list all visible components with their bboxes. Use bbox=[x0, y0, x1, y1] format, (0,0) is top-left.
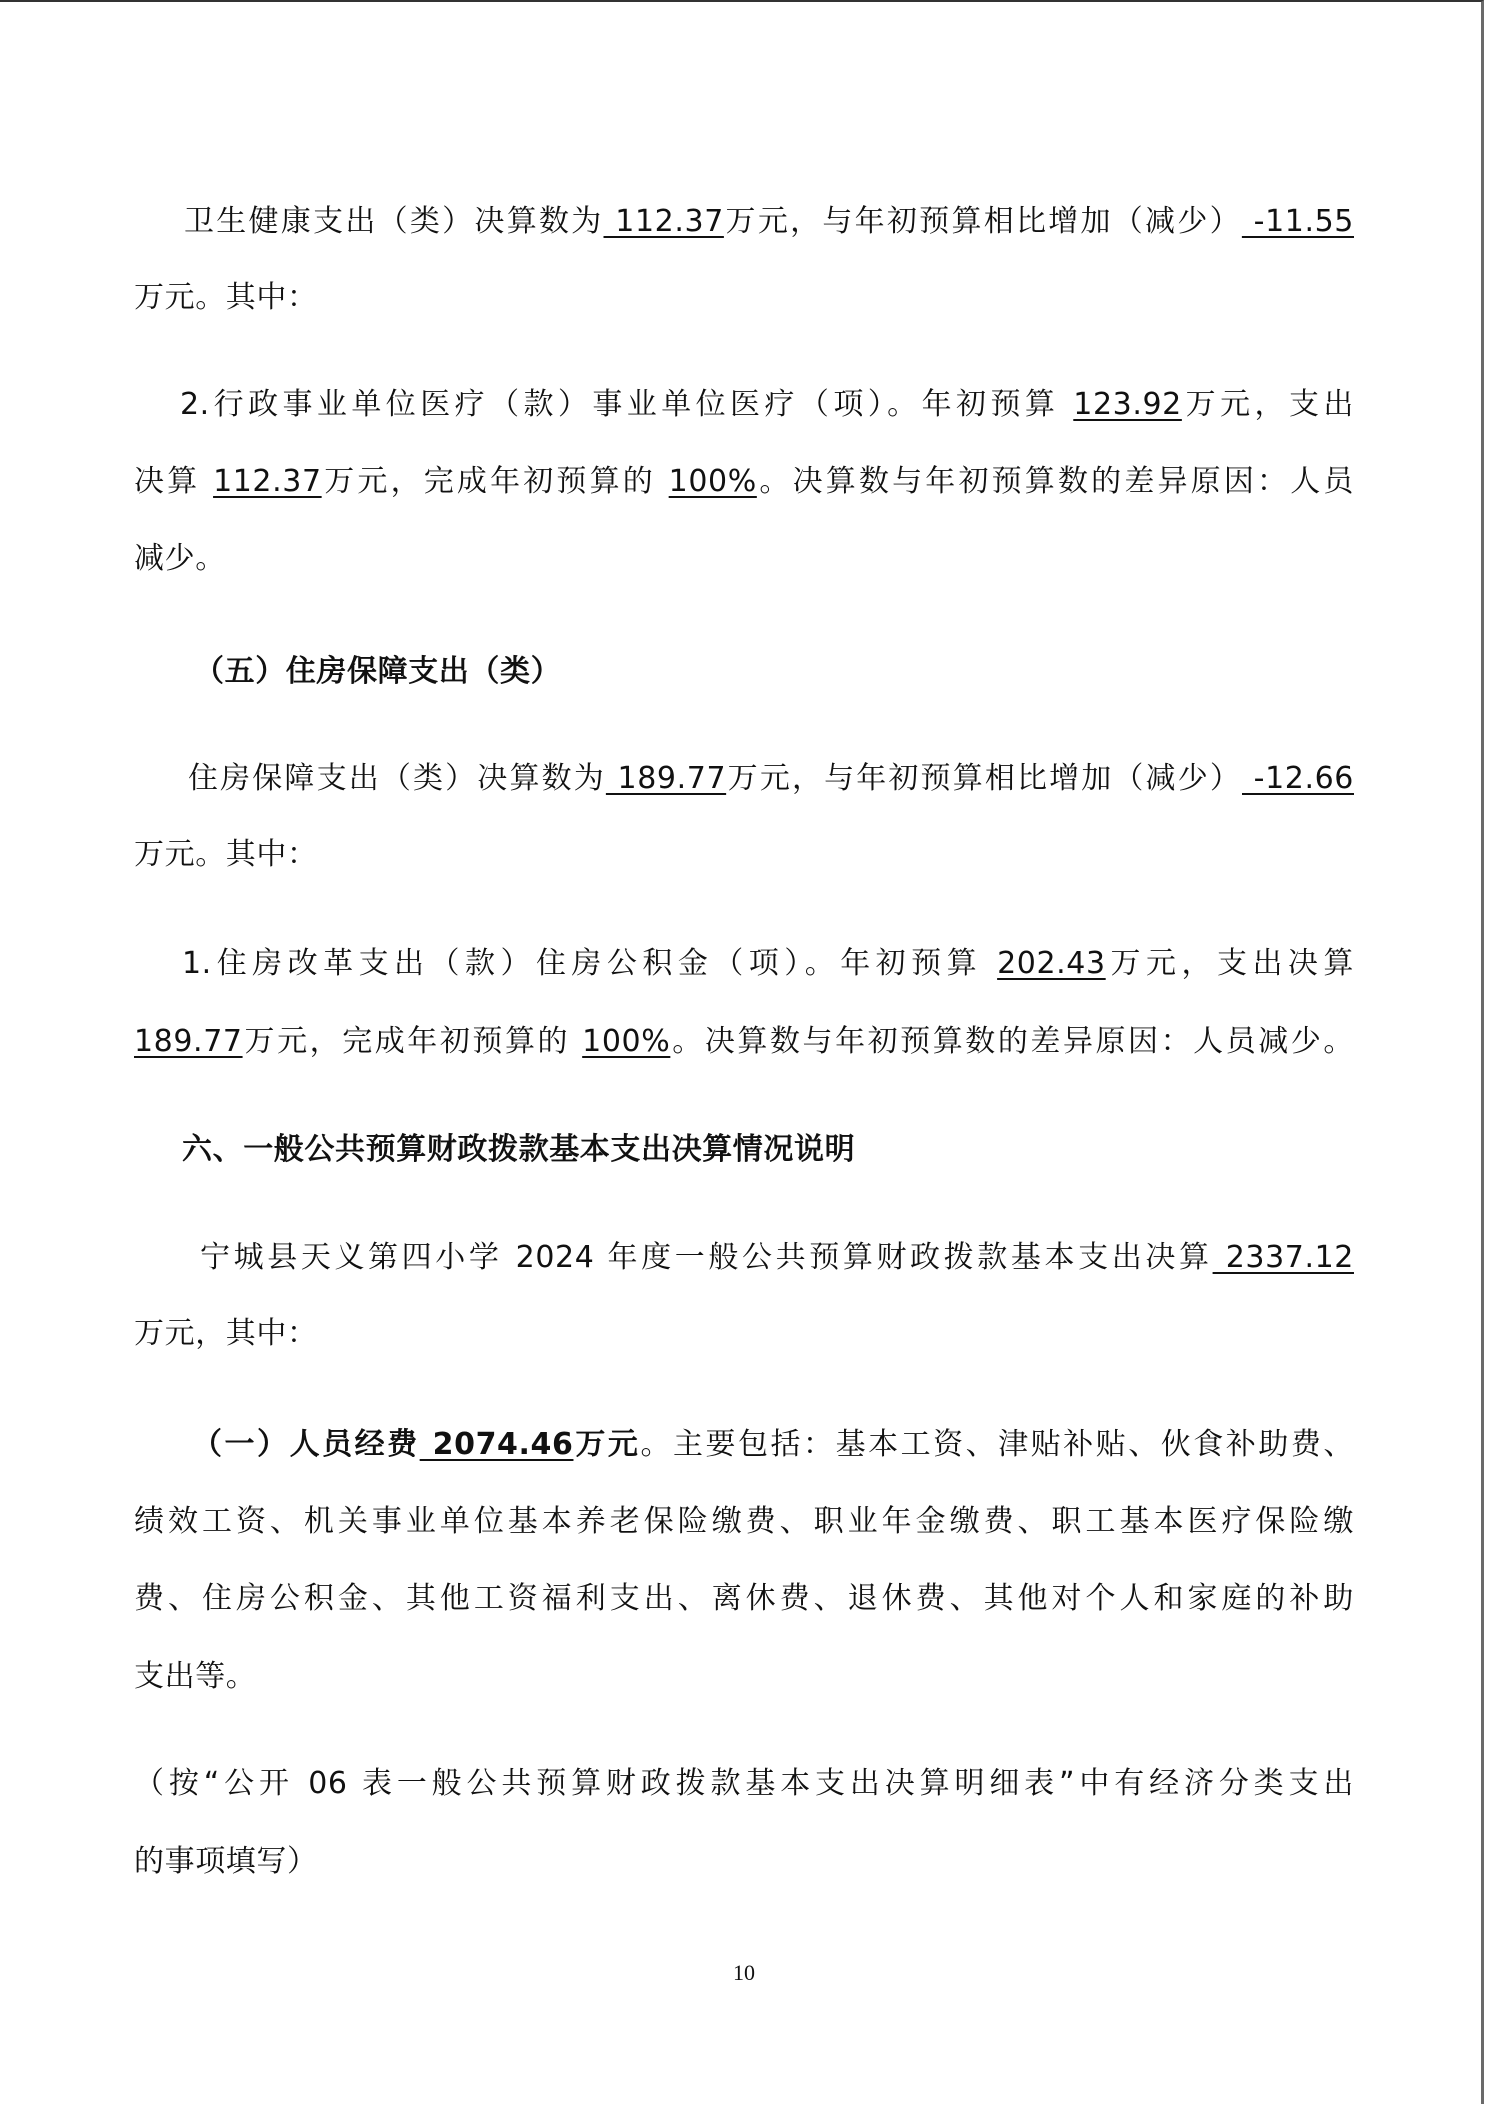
section-6-summary-line-1: 宁城县天义第四小学 2024 年度一般公共预算财政拨款基本支出决算 2337.1… bbox=[200, 1238, 1354, 1278]
text-segment: 费、住房公积金、其他工资福利支出、离休费、退休费、其他对个人和家庭的补助 bbox=[134, 1581, 1354, 1616]
health-final-amount: 112.37 bbox=[213, 464, 322, 499]
housing-completion-rate: 100% bbox=[582, 1024, 670, 1059]
housing-section-heading: （五）住房保障支出（类） bbox=[194, 652, 1414, 692]
personnel-expenses-line-4: 支出等。 bbox=[134, 1657, 1354, 1697]
housing-budget-amount: 202.43 bbox=[997, 946, 1106, 981]
text-segment: 万元 bbox=[573, 1427, 640, 1462]
text-segment: 万元。其中： bbox=[134, 280, 318, 315]
text-segment: 万元，与年初预算相比增加（减少） bbox=[726, 761, 1242, 796]
housing-change-amount: -12.66 bbox=[1242, 761, 1354, 796]
health-change-amount: -11.55 bbox=[1242, 204, 1354, 239]
personnel-expenses-line-2: 绩效工资、机关事业单位基本养老保险缴费、职业年金缴费、职工基本医疗保险缴 bbox=[134, 1502, 1354, 1542]
text-segment: 。主要包括：基本工资、津贴补贴、伙食补助费、 bbox=[640, 1427, 1354, 1462]
housing-summary-line-2: 万元。其中： bbox=[134, 835, 1354, 875]
text-segment: 万元，支出 bbox=[1182, 387, 1354, 422]
text-segment: 。决算数与年初预算数的差异原因：人员 bbox=[757, 464, 1354, 499]
personnel-expenses-amount: 2074.46 bbox=[420, 1427, 574, 1462]
text-segment: 万元，完成年初预算的 bbox=[243, 1024, 583, 1059]
text-segment: 决算 bbox=[134, 464, 213, 499]
text-segment: 支出等。 bbox=[134, 1659, 256, 1694]
personnel-expenses-line-3: 费、住房公积金、其他工资福利支出、离休费、退休费、其他对个人和家庭的补助 bbox=[134, 1579, 1354, 1619]
text-segment: 万元，其中： bbox=[134, 1316, 318, 1351]
health-actual-amount: 112.37 bbox=[604, 204, 724, 239]
section-6-heading: 六、一般公共预算财政拨款基本支出决算情况说明 bbox=[182, 1130, 1402, 1170]
housing-actual-amount: 189.77 bbox=[606, 761, 726, 796]
section-6-summary-line-2: 万元，其中： bbox=[134, 1314, 1354, 1354]
health-completion-rate: 100% bbox=[669, 464, 757, 499]
housing-summary-line-1: 住房保障支出（类）决算数为 189.77万元，与年初预算相比增加（减少） -12… bbox=[188, 759, 1354, 799]
text-segment: （按“公开 06 表一般公共预算财政拨款基本支出决算明细表”中有经济分类支出 bbox=[134, 1766, 1354, 1801]
text-segment: 减少。 bbox=[134, 541, 226, 576]
fill-note-line-1: （按“公开 06 表一般公共预算财政拨款基本支出决算明细表”中有经济分类支出 bbox=[134, 1764, 1354, 1804]
text-segment: 绩效工资、机关事业单位基本养老保险缴费、职业年金缴费、职工基本医疗保险缴 bbox=[134, 1504, 1354, 1539]
basic-expenditure-total: 2337.12 bbox=[1213, 1240, 1354, 1275]
text-segment: 宁城县天义第四小学 2024 年度一般公共预算财政拨款基本支出决算 bbox=[200, 1240, 1213, 1275]
text-segment: 卫生健康支出（类）决算数为 bbox=[184, 204, 604, 239]
text-segment: 的事项填写） bbox=[134, 1844, 318, 1879]
text-segment: 万元，支出决算 bbox=[1106, 946, 1354, 981]
housing-item-1-line-1: 1.住房改革支出（款）住房公积金（项）。年初预算 202.43万元，支出决算 bbox=[182, 944, 1354, 984]
health-item-2-line-2: 决算 112.37万元，完成年初预算的 100%。决算数与年初预算数的差异原因：… bbox=[134, 462, 1354, 502]
text-segment: 。决算数与年初预算数的差异原因：人员减少。 bbox=[670, 1024, 1354, 1059]
text-segment: 万元，与年初预算相比增加（减少） bbox=[724, 204, 1242, 239]
health-summary-line-2: 万元。其中： bbox=[134, 278, 1354, 318]
personnel-expenses-label: （一）人员经费 bbox=[192, 1427, 420, 1462]
page-number: 10 bbox=[0, 1960, 1488, 1986]
housing-final-amount: 189.77 bbox=[134, 1024, 243, 1059]
document-page: 卫生健康支出（类）决算数为 112.37万元，与年初预算相比增加（减少） -11… bbox=[0, 0, 1484, 2104]
personnel-expenses-line-1: （一）人员经费 2074.46万元。主要包括：基本工资、津贴补贴、伙食补助费、 bbox=[192, 1425, 1354, 1465]
health-item-2-line-1: 2.行政事业单位医疗（款）事业单位医疗（项）。年初预算 123.92万元，支出 bbox=[180, 385, 1354, 425]
housing-item-1-line-2: 189.77万元，完成年初预算的 100%。决算数与年初预算数的差异原因：人员减… bbox=[134, 1022, 1354, 1062]
health-item-2-line-3: 减少。 bbox=[134, 539, 1354, 579]
health-summary-line-1: 卫生健康支出（类）决算数为 112.37万元，与年初预算相比增加（减少） -11… bbox=[184, 202, 1354, 242]
text-segment: 2.行政事业单位医疗（款）事业单位医疗（项）。年初预算 bbox=[180, 387, 1073, 422]
fill-note-line-2: 的事项填写） bbox=[134, 1842, 1354, 1882]
text-segment: 1.住房改革支出（款）住房公积金（项）。年初预算 bbox=[182, 946, 997, 981]
text-segment: 万元，完成年初预算的 bbox=[322, 464, 669, 499]
text-segment: 万元。其中： bbox=[134, 837, 318, 872]
health-budget-amount: 123.92 bbox=[1073, 387, 1182, 422]
text-segment: 住房保障支出（类）决算数为 bbox=[188, 761, 606, 796]
